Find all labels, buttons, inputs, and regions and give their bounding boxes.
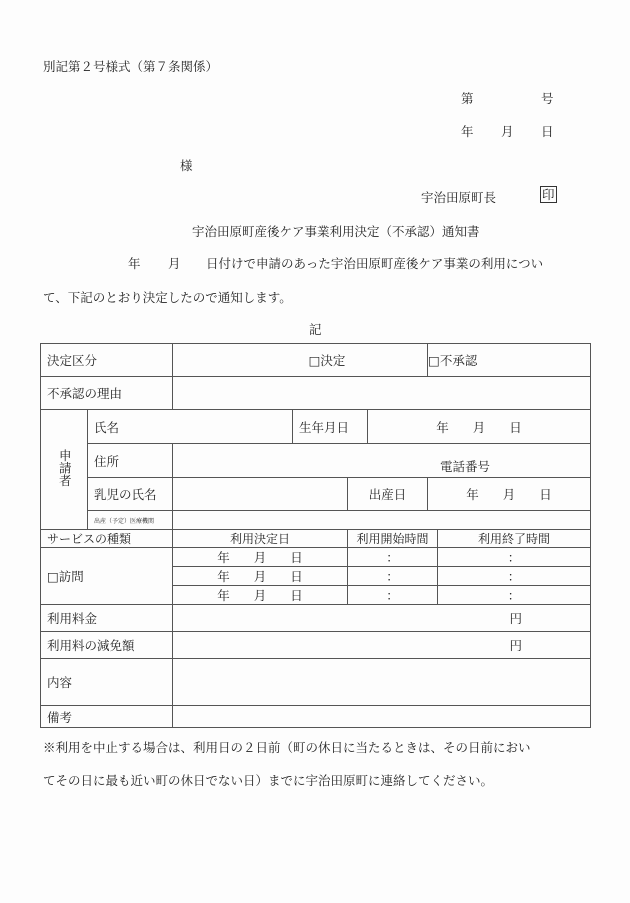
hospital-field[interactable] bbox=[173, 511, 591, 530]
number-prefix: 第 bbox=[461, 89, 474, 107]
address-row: 住所 電話番号 bbox=[41, 444, 591, 478]
reduction-row: 利用料の減免額 円 bbox=[41, 632, 591, 659]
footer-note-line1: ※利用を中止する場合は、利用日の２日前（町の休日に当たるときは、その日前におい bbox=[43, 738, 531, 756]
delivery-date-label: 出産日 bbox=[348, 478, 428, 511]
decision-table: 決定区分 □決定 □不承認 不承認の理由 申請者 氏名 生年月日 年月日 住所 … bbox=[40, 343, 591, 728]
remarks-label: 備考 bbox=[41, 706, 173, 728]
service-header-row: サービスの種類 利用決定日 利用開始時間 利用終了時間 bbox=[41, 530, 591, 548]
service-date-3-year: 年 bbox=[217, 588, 230, 603]
applicant-label-cell: 申請者 bbox=[41, 410, 88, 530]
content-field[interactable] bbox=[173, 659, 591, 706]
decision-option-reject[interactable]: □不承認 bbox=[428, 344, 591, 377]
infant-row: 乳児の氏名 出産日 年月日 bbox=[41, 478, 591, 511]
service-start-3[interactable]: ： bbox=[348, 586, 438, 605]
remarks-field[interactable] bbox=[173, 706, 591, 728]
service-date-1[interactable]: 年月日 bbox=[173, 548, 348, 567]
decision-date-header: 利用決定日 bbox=[173, 530, 348, 548]
body-line1-month: 月 bbox=[168, 254, 181, 272]
delivery-date-field[interactable]: 年月日 bbox=[428, 478, 591, 511]
reduction-unit: 円 bbox=[510, 638, 523, 653]
ki-heading: 記 bbox=[309, 320, 322, 338]
number-suffix: 号 bbox=[541, 89, 554, 107]
date-month: 月 bbox=[501, 122, 514, 140]
infant-name-label: 乳児の氏名 bbox=[88, 478, 173, 511]
delivery-day: 日 bbox=[539, 487, 552, 502]
reason-row: 不承認の理由 bbox=[41, 377, 591, 410]
service-end-3[interactable]: ： bbox=[438, 586, 591, 605]
service-start-1[interactable]: ： bbox=[348, 548, 438, 567]
body-line1-text: 日付けで申請のあった宇治田原町産後ケア事業の利用につい bbox=[206, 254, 543, 272]
service-date-2-year: 年 bbox=[217, 569, 230, 584]
birthdate-year: 年 bbox=[436, 420, 449, 435]
body-line1-year: 年 bbox=[128, 254, 141, 272]
service-date-2-day: 日 bbox=[290, 569, 303, 584]
date-year: 年 bbox=[461, 122, 474, 140]
document-title: 宇治田原町産後ケア事業利用決定（不承認）通知書 bbox=[192, 222, 480, 240]
service-date-3[interactable]: 年月日 bbox=[173, 586, 348, 605]
service-date-3-month: 月 bbox=[254, 588, 267, 603]
service-row: □訪問 年月日 ： ： bbox=[41, 548, 591, 567]
fee-row: 利用料金 円 bbox=[41, 605, 591, 632]
service-date-1-day: 日 bbox=[290, 550, 303, 565]
infant-name-field[interactable] bbox=[173, 478, 348, 511]
service-start-2[interactable]: ： bbox=[348, 567, 438, 586]
phone-label: 電話番号 bbox=[440, 459, 490, 474]
issuer: 宇治田原町長 bbox=[421, 188, 496, 206]
name-label: 氏名 bbox=[88, 410, 293, 444]
birthdate-label: 生年月日 bbox=[293, 410, 368, 444]
service-date-3-day: 日 bbox=[290, 588, 303, 603]
fee-label: 利用料金 bbox=[41, 605, 173, 632]
seal-mark: 印 bbox=[540, 186, 557, 203]
decision-row: 決定区分 □決定 □不承認 bbox=[41, 344, 591, 377]
address-label: 住所 bbox=[88, 444, 173, 478]
hospital-label: 出産（予定）医療機関 bbox=[88, 511, 173, 530]
recipient-suffix: 様 bbox=[180, 156, 193, 174]
service-date-1-month: 月 bbox=[254, 550, 267, 565]
decision-label: 決定区分 bbox=[41, 344, 173, 377]
footer-note-line2: てその日に最も近い町の休日でない日）までに宇治田原町に連絡してください。 bbox=[43, 771, 493, 789]
remarks-row: 備考 bbox=[41, 706, 591, 728]
service-date-2[interactable]: 年月日 bbox=[173, 567, 348, 586]
content-label: 内容 bbox=[41, 659, 173, 706]
service-end-1[interactable]: ： bbox=[438, 548, 591, 567]
delivery-year: 年 bbox=[466, 487, 479, 502]
birthdate-month: 月 bbox=[473, 420, 486, 435]
decision-option-approve[interactable]: □決定 bbox=[173, 344, 428, 377]
applicant-name-row: 申請者 氏名 生年月日 年月日 bbox=[41, 410, 591, 444]
service-end-2[interactable]: ： bbox=[438, 567, 591, 586]
delivery-month: 月 bbox=[503, 487, 516, 502]
hospital-row: 出産（予定）医療機関 bbox=[41, 511, 591, 530]
end-time-header: 利用終了時間 bbox=[438, 530, 591, 548]
content-row: 内容 bbox=[41, 659, 591, 706]
reduction-field[interactable]: 円 bbox=[173, 632, 591, 659]
fee-unit: 円 bbox=[510, 611, 523, 626]
birthdate-day: 日 bbox=[509, 420, 522, 435]
seal-stamp: 印 bbox=[540, 186, 557, 203]
form-label: 別記第２号様式（第７条関係） bbox=[43, 57, 218, 75]
service-type-header: サービスの種類 bbox=[41, 530, 173, 548]
service-date-2-month: 月 bbox=[254, 569, 267, 584]
start-time-header: 利用開始時間 bbox=[348, 530, 438, 548]
address-field[interactable]: 電話番号 bbox=[173, 444, 591, 478]
applicant-label: 申請者 bbox=[58, 449, 71, 487]
fee-field[interactable]: 円 bbox=[173, 605, 591, 632]
reason-field[interactable] bbox=[173, 377, 591, 410]
body-line2: て、下記のとおり決定したので通知します。 bbox=[43, 288, 292, 306]
reason-label: 不承認の理由 bbox=[41, 377, 173, 410]
reduction-label: 利用料の減免額 bbox=[41, 632, 173, 659]
service-type-visit[interactable]: □訪問 bbox=[41, 548, 173, 605]
date-day: 日 bbox=[541, 122, 554, 140]
service-date-1-year: 年 bbox=[217, 550, 230, 565]
birthdate-field[interactable]: 年月日 bbox=[368, 410, 591, 444]
